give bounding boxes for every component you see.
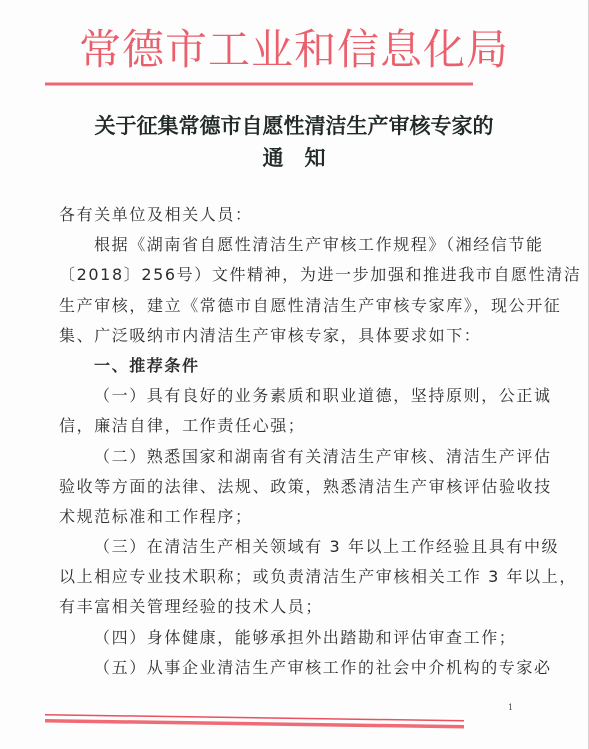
body-line: （四）身体健康，能够承担外出踏勘和评估审查工作； (59, 623, 511, 653)
page-number: 1 (508, 703, 513, 712)
body-line: 生产审核，建立《常德市自愿性清洁生产审核专家库》，现公开征 (59, 291, 511, 321)
salutation: 各有关单位及相关人员： (59, 200, 511, 230)
header-rule-thick (45, 83, 473, 86)
body-line: 验收等方面的法律、法规、政策，熟悉清洁生产审核评估验收技 (59, 472, 511, 502)
notice-title-line1: 关于征集常德市自愿性清洁生产审核专家的 (0, 113, 588, 139)
body-line: （二）熟悉国家和湖南省有关清洁生产审核、清洁生产评估 (59, 442, 511, 472)
body-line: （五）从事企业清洁生产审核工作的社会中介机构的专家必 (59, 653, 511, 683)
body-line: （一）具有良好的业务素质和职业道德，坚持原则，公正诚 (59, 381, 511, 411)
document-page: 常德市工业和信息化局 关于征集常德市自愿性清洁生产审核专家的 通 知 各有关单位… (0, 0, 589, 749)
body-line: 以上相应专业技术职称；或负责清洁生产审核相关工作 3 年以上， (59, 562, 511, 592)
body-line: 有丰富相关管理经验的技术人员； (59, 592, 511, 622)
body-line: 集、广泛吸纳市内清洁生产审核专家，具体要求如下： (59, 321, 511, 351)
body-line: 术规范标准和工作程序； (59, 502, 511, 532)
section-heading: 一、推荐条件 (59, 351, 511, 381)
body-line: （三）在清洁生产相关领域有 3 年以上工作经验且具有中级 (59, 532, 511, 562)
body-line: 〔2018〕256号）文件精神，为进一步加强和推进我市自愿性清洁 (59, 260, 511, 290)
notice-title-line2: 通 知 (0, 145, 588, 171)
notice-body: 各有关单位及相关人员： 根据《湖南省自愿性清洁生产审核工作规程》（湘经信节能 〔… (59, 200, 511, 683)
body-line: 根据《湖南省自愿性清洁生产审核工作规程》（湘经信节能 (59, 230, 511, 260)
body-line: 信，廉洁自律，工作责任心强； (59, 411, 511, 441)
